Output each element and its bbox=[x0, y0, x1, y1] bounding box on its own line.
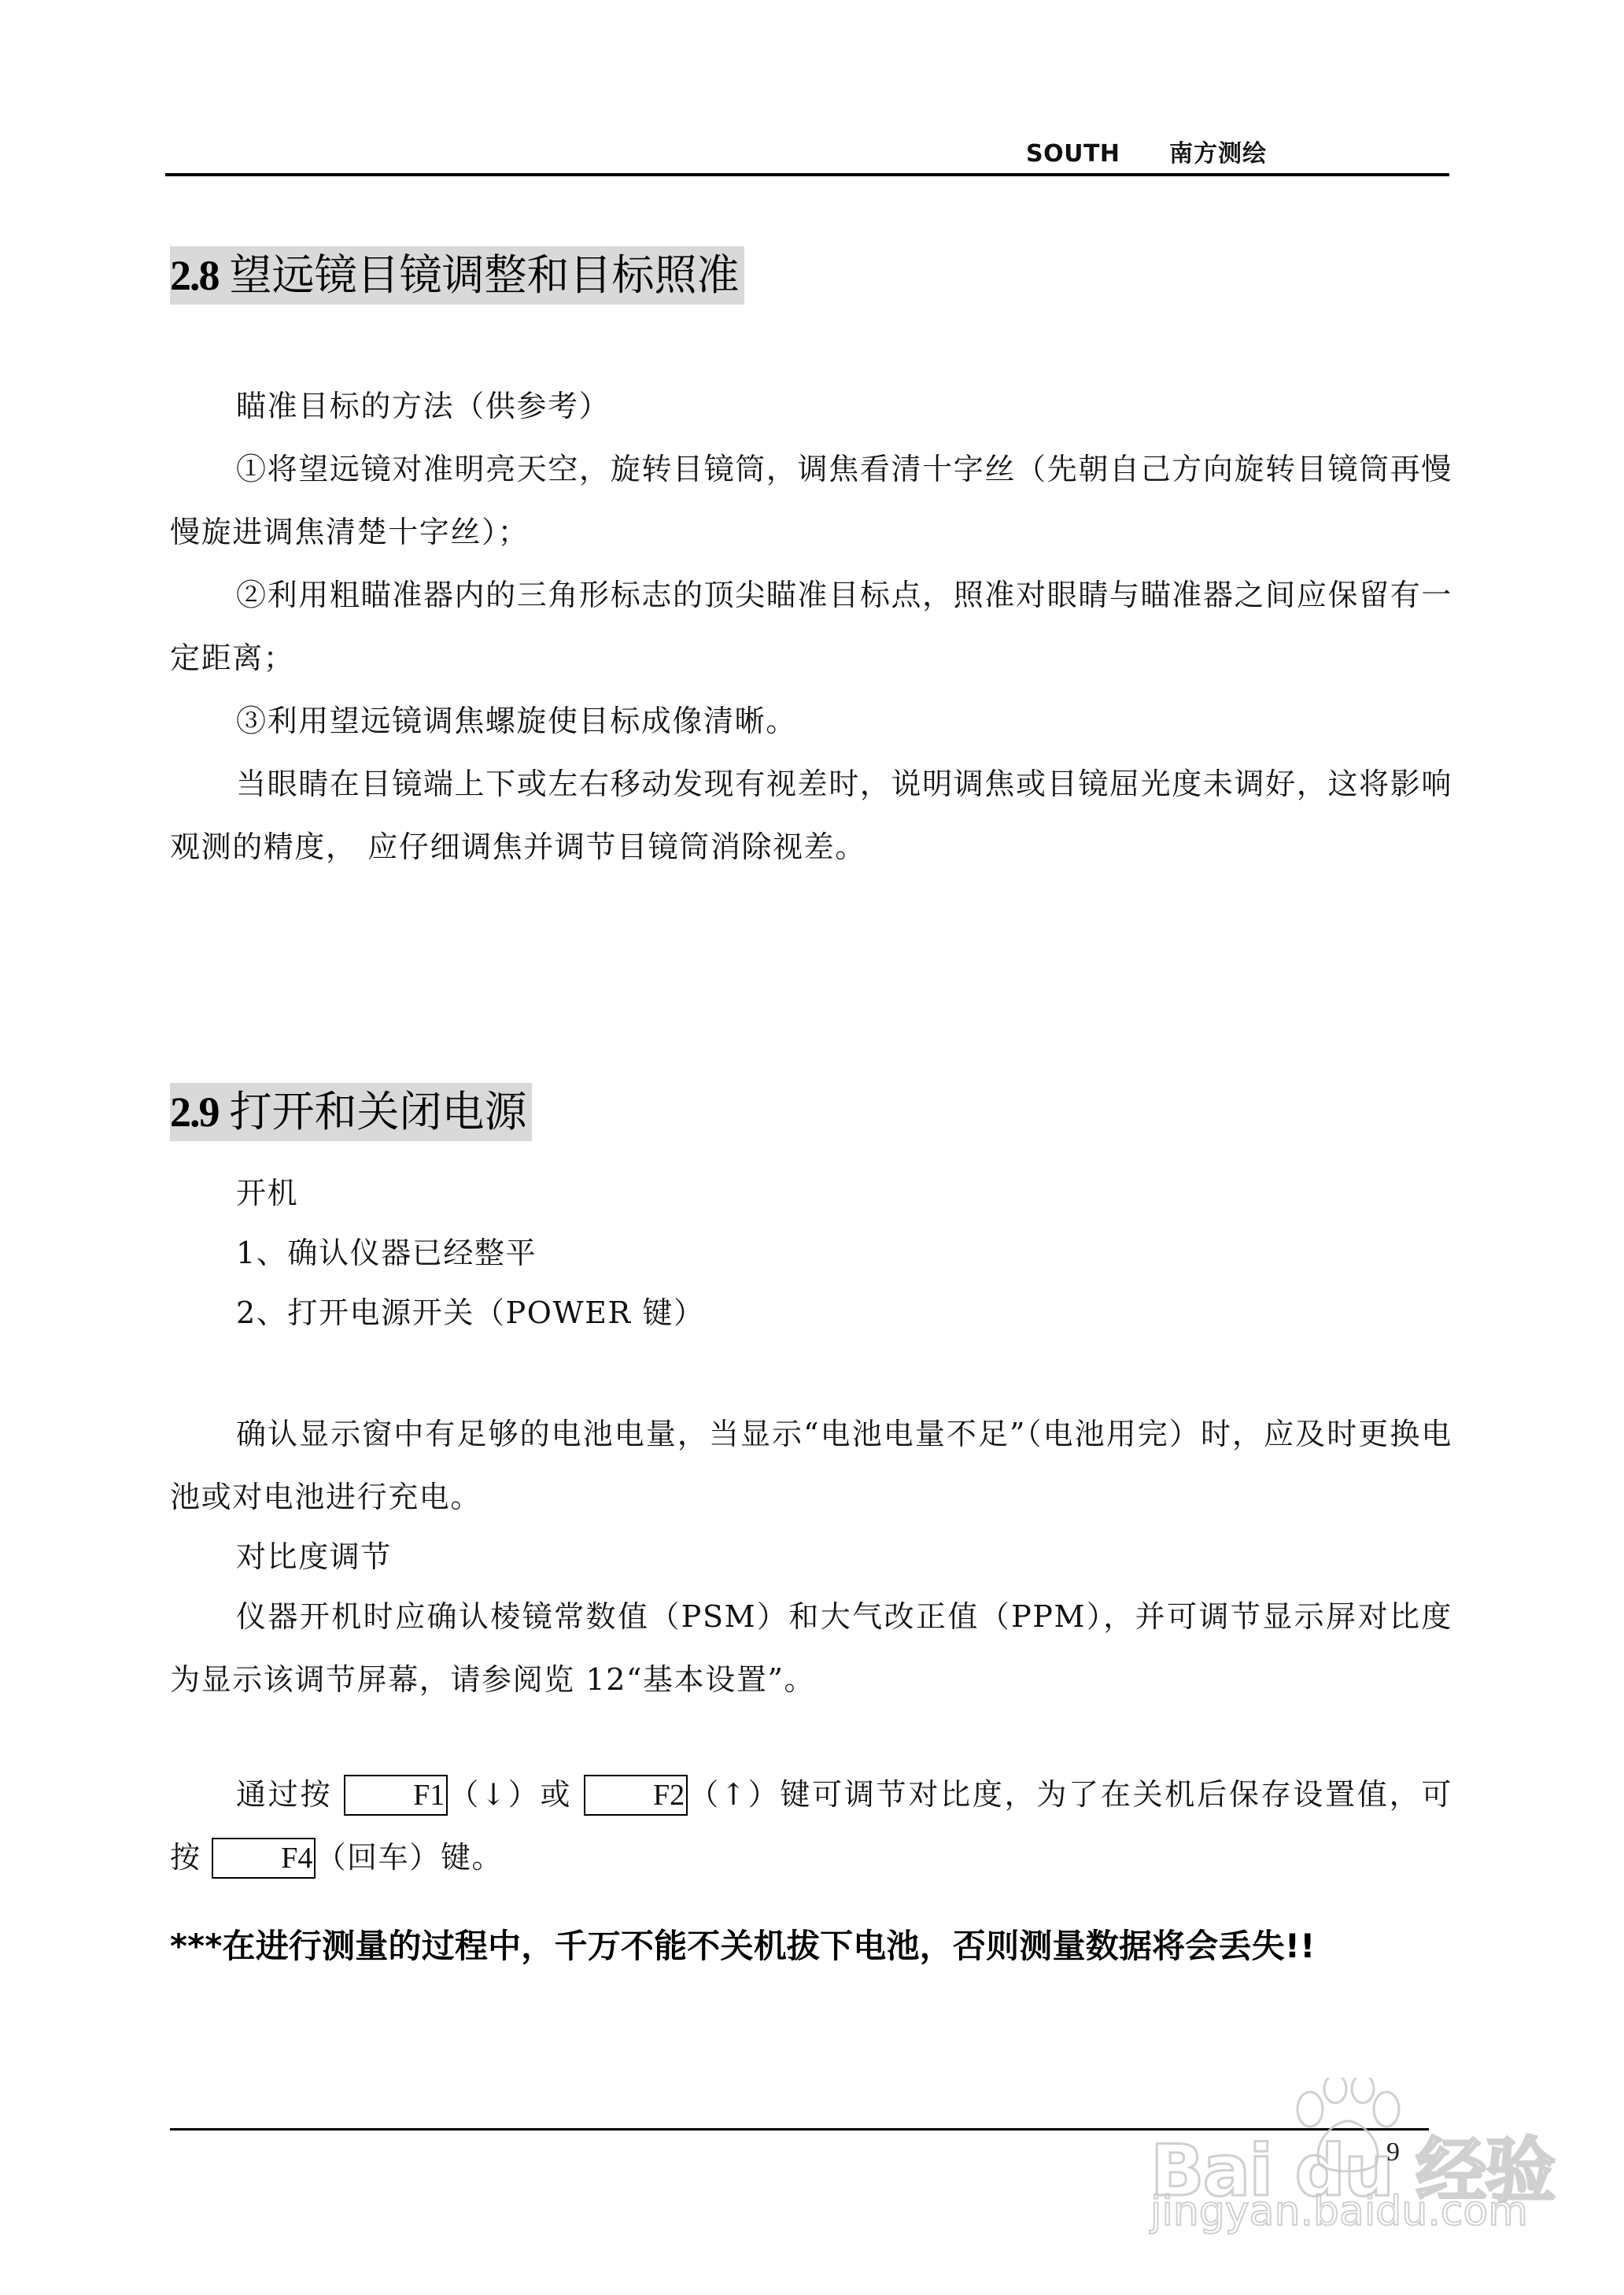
keys-suffix: （回车）键。 bbox=[316, 1840, 503, 1875]
section-title: 打开和关闭电源 bbox=[230, 1088, 527, 1136]
warning-text: ***在进行测量的过程中，千万不能不关机拔下电池，否则测量数据将会丢失!! bbox=[170, 1920, 1468, 1968]
header-brand-en: SOUTH bbox=[1026, 140, 1120, 168]
key-f4: F4 bbox=[212, 1838, 316, 1879]
baidu-jingyan-watermark: Bai du 经验 jingyan.baidu.com bbox=[1150, 2078, 1528, 2267]
paragraph-battery: 确认显示窗中有足够的电池电量，当显示“电池电量不足”（电池用完）时，应及时更换电… bbox=[170, 1402, 1452, 1528]
key-f1-desc: （↓）或 bbox=[448, 1777, 572, 1812]
paragraph-step-3: ③利用望远镜调焦螺旋使目标成像清晰。 bbox=[170, 689, 1452, 752]
paragraph-contrast: 仪器开机时应确认棱镜常数值（PSM）和大气改正值（PPM），并可调节显示屏对比度… bbox=[170, 1585, 1452, 1711]
section-2-9-heading: 2.9打开和关闭电源 bbox=[170, 1083, 532, 1141]
paragraph-step-2: ②利用粗瞄准器内的三角形标志的顶尖瞄准目标点，照准对眼睛与瞄准器之间应保留有一定… bbox=[170, 564, 1452, 689]
section-number: 2.8 bbox=[170, 252, 219, 299]
document-page: SOUTH 南方测绘 2.8望远镜目镜调整和目标照准 瞄准目标的方法（供参考） … bbox=[0, 0, 1624, 2295]
power-step-2: 2、打开电源开关（POWER 键） bbox=[170, 1281, 1452, 1344]
keys-prefix: 通过按 bbox=[236, 1777, 332, 1812]
paragraph-step-1: ①将望远镜对准明亮天空，旋转目镜筒，调焦看清十字丝（先朝自己方向旋转目镜筒再慢慢… bbox=[170, 438, 1452, 564]
power-on-label: 开机 bbox=[170, 1162, 1452, 1225]
page-header: SOUTH 南方测绘 bbox=[1026, 134, 1267, 168]
section-title: 望远镜目镜调整和目标照准 bbox=[230, 252, 740, 299]
header-rule bbox=[165, 173, 1449, 176]
paragraph-parallax: 当眼睛在目镜端上下或左右移动发现有视差时，说明调焦或目镜屈光度未调好，这将影响观… bbox=[170, 752, 1452, 878]
key-f2: F2 bbox=[584, 1775, 688, 1816]
contrast-label: 对比度调节 bbox=[170, 1525, 1452, 1588]
section-2-8-heading: 2.8望远镜目镜调整和目标照准 bbox=[170, 246, 744, 305]
section-number: 2.9 bbox=[170, 1088, 219, 1136]
watermark-url: jingyan.baidu.com bbox=[1150, 2188, 1528, 2235]
paragraph-keys: 通过按 F1（↓）或 F2（↑）键可调节对比度，为了在关机后保存设置值，可按 F… bbox=[170, 1763, 1452, 1889]
power-step-1: 1、确认仪器已经整平 bbox=[170, 1221, 1452, 1284]
header-brand-cn: 南方测绘 bbox=[1169, 134, 1267, 168]
key-f1: F1 bbox=[344, 1775, 448, 1816]
footer-rule bbox=[170, 2128, 1429, 2131]
page-number: 9 bbox=[1386, 2138, 1400, 2167]
paragraph-aiming-method: 瞄准目标的方法（供参考） bbox=[170, 375, 1452, 438]
